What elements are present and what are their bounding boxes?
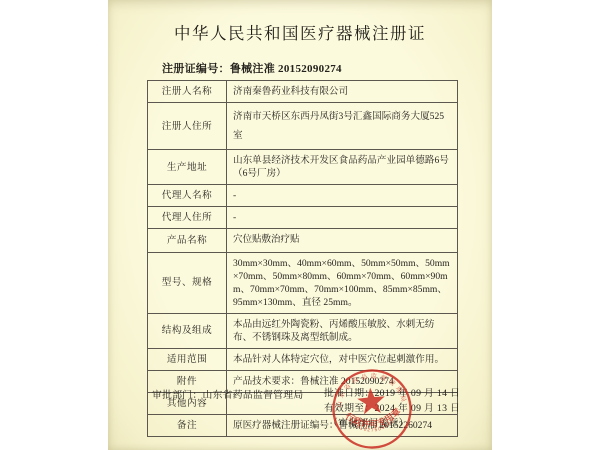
approval-dates-block: 批准日期：2019 年 09 月 14 日 有效期至：2024 年 09 月 1…	[324, 386, 460, 431]
table-row: 代理人住所 -	[148, 207, 458, 229]
row-value: -	[227, 207, 458, 229]
table-row: 产品名称 穴位贴敷治疗贴	[148, 229, 458, 253]
row-label: 代理人名称	[148, 185, 227, 207]
row-label: 注册人住所	[148, 103, 227, 150]
row-value: 本品由远红外陶瓷粉、丙烯酸压敏胶、水刺无纺布、不锈钢珠及离型纸制成。	[227, 313, 458, 348]
certificate-number-label: 注册证编号：	[162, 63, 230, 75]
certificate-page: 中华人民共和国医疗器械注册证 注册证编号：鲁械注准 20152090274 注册…	[108, 0, 492, 450]
row-value: 济南秦鲁药业科技有限公司	[227, 81, 458, 103]
row-label: 注册人名称	[148, 81, 227, 103]
row-value: 30mm×30mm、40mm×60mm、50mm×50mm、50mm×70mm、…	[227, 252, 458, 313]
row-label: 代理人住所	[148, 207, 227, 229]
row-label: 型号、规格	[148, 252, 227, 313]
certificate-title: 中华人民共和国医疗器械注册证	[108, 20, 492, 44]
row-value: 本品针对人体特定穴位，对中医穴位起刺激作用。	[227, 348, 458, 370]
table-row: 注册人住所 济南市天桥区东西丹凤街3号汇鑫国际商务大厦525室	[148, 103, 458, 150]
screenshot-root: { "certificate": { "title": "中华人民共和国医疗器械…	[0, 0, 600, 450]
table-row: 注册人名称 济南秦鲁药业科技有限公司	[148, 81, 458, 103]
certificate-table: 注册人名称 济南秦鲁药业科技有限公司 注册人住所 济南市天桥区东西丹凤街3号汇鑫…	[147, 80, 458, 437]
row-label: 结构及组成	[148, 313, 227, 348]
table-row: 型号、规格 30mm×30mm、40mm×60mm、50mm×50mm、50mm…	[148, 252, 458, 313]
approval-department: 审批部门：山东省药品监督管理局	[152, 387, 303, 401]
row-value: -	[227, 185, 458, 207]
row-label: 备注	[148, 414, 227, 436]
seal-note: （审批部门盖章）	[324, 416, 460, 431]
certificate-number-line: 注册证编号：鲁械注准 20152090274	[162, 60, 342, 76]
valid-until-date: 有效期至：2024 年 09 月 13 日	[324, 401, 460, 416]
table-row: 结构及组成 本品由远红外陶瓷粉、丙烯酸压敏胶、水刺无纺布、不锈钢珠及离型纸制成。	[148, 313, 458, 348]
row-value: 穴位贴敷治疗贴	[227, 229, 458, 253]
row-value: 山东单县经济技术开发区食品药品产业园单德路6号 （6号厂房）	[227, 150, 458, 185]
approval-date: 批准日期：2019 年 09 月 14 日	[324, 386, 460, 401]
table-row: 代理人名称 -	[148, 185, 458, 207]
row-label: 适用范围	[148, 348, 227, 370]
row-label: 产品名称	[148, 229, 227, 253]
table-row: 适用范围 本品针对人体特定穴位，对中医穴位起刺激作用。	[148, 348, 458, 370]
row-value: 济南市天桥区东西丹凤街3号汇鑫国际商务大厦525室	[227, 103, 458, 150]
table-row: 生产地址 山东单县经济技术开发区食品药品产业园单德路6号 （6号厂房）	[148, 150, 458, 185]
row-label: 生产地址	[148, 150, 227, 185]
certificate-number-value: 鲁械注准 20152090274	[230, 63, 342, 75]
